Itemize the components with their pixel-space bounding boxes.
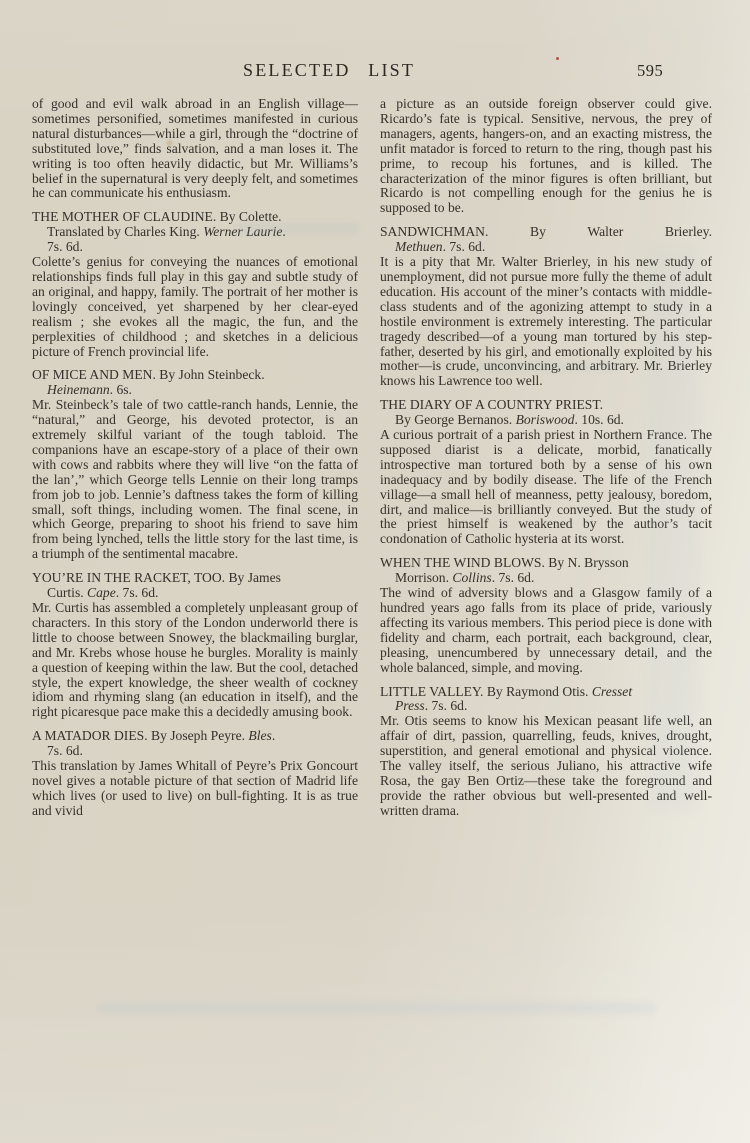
heading-text: Morrison.	[395, 570, 452, 585]
publisher-name: Collins	[452, 570, 491, 585]
entry-heading: WHEN THE WIND BLOWS. By N. BryssonMorris…	[380, 556, 712, 586]
publisher-name: Boriswood	[516, 412, 575, 427]
review-entry: THE DIARY OF A COUNTRY PRIEST.By George …	[380, 398, 712, 547]
review-entry: OF MICE AND MEN. By John Steinbeck.Heine…	[32, 368, 358, 562]
publisher-name: Methuen	[395, 239, 443, 254]
review-entry: A MATADOR DIES. By Joseph Peyre. Bles.7s…	[32, 729, 358, 818]
review-entry: WHEN THE WIND BLOWS. By N. BryssonMorris…	[380, 556, 712, 675]
heading-text: . 7s. 6d.	[116, 585, 159, 600]
entry-heading: LITTLE VALLEY. By Raymond Otis. CressetP…	[380, 685, 712, 715]
publisher-name: Cape	[87, 585, 116, 600]
publisher-name: Werner Laurie	[203, 224, 282, 239]
publisher-name: Heinemann	[47, 382, 110, 397]
entry-heading-line: 7s. 6d.	[32, 744, 358, 759]
heading-text: YOU’RE IN THE RACKET, TOO. By James	[32, 570, 281, 585]
entry-heading-line: YOU’RE IN THE RACKET, TOO. By James	[32, 571, 358, 586]
entry-body: Mr. Otis seems to know his Mexican peasa…	[380, 714, 712, 818]
review-paragraph: of good and evil walk abroad in an Engli…	[32, 97, 358, 201]
entry-body: It is a pity that Mr. Walter Brierley, i…	[380, 255, 712, 389]
heading-text: THE DIARY OF A COUNTRY PRIEST.	[380, 397, 603, 412]
entry-heading-line: THE DIARY OF A COUNTRY PRIEST.	[380, 398, 712, 413]
heading-text: .	[282, 224, 285, 239]
heading-text: A MATADOR DIES. By Joseph Peyre.	[32, 728, 248, 743]
entry-body: The wind of adversity blows and a Glasgo…	[380, 586, 712, 675]
publisher-name: Press	[395, 698, 425, 713]
entry-heading: YOU’RE IN THE RACKET, TOO. By JamesCurti…	[32, 571, 358, 601]
entry-heading-line: Heinemann. 6s.	[32, 383, 358, 398]
publisher-name: Bles	[248, 728, 271, 743]
show-through-smudge	[96, 1002, 656, 1014]
entry-heading-line: LITTLE VALLEY. By Raymond Otis. Cresset	[380, 685, 712, 700]
heading-text: THE MOTHER OF CLAUDINE. By Colette.	[32, 209, 282, 224]
heading-text: . 7s. 6d.	[492, 570, 535, 585]
entry-heading-line: Morrison. Collins. 7s. 6d.	[380, 571, 712, 586]
review-entry: YOU’RE IN THE RACKET, TOO. By JamesCurti…	[32, 571, 358, 720]
review-entry: LITTLE VALLEY. By Raymond Otis. CressetP…	[380, 685, 712, 819]
heading-text: . 6s.	[110, 382, 132, 397]
heading-text: SANDWICHMAN. By Walter Brierley.	[380, 224, 712, 239]
page-number: 595	[637, 61, 663, 81]
red-speck	[556, 57, 559, 60]
entry-heading-line: By George Bernanos. Boriswood. 10s. 6d.	[380, 413, 712, 428]
entry-heading-line: OF MICE AND MEN. By John Steinbeck.	[32, 368, 358, 383]
heading-text: 7s. 6d.	[47, 239, 83, 254]
entry-heading-line: SANDWICHMAN. By Walter Brierley.	[380, 225, 712, 240]
heading-text: . 10s. 6d.	[574, 412, 623, 427]
heading-text: . 7s. 6d.	[425, 698, 468, 713]
right-column: a picture as an outside foreign observer…	[380, 97, 712, 819]
review-entry: SANDWICHMAN. By Walter Brierley.Methuen.…	[380, 225, 712, 389]
heading-text: OF MICE AND MEN. By John Steinbeck.	[32, 367, 265, 382]
entry-heading: THE DIARY OF A COUNTRY PRIEST.By George …	[380, 398, 712, 428]
heading-text: Curtis.	[47, 585, 87, 600]
review-paragraph: a picture as an outside foreign observer…	[380, 97, 712, 216]
heading-text: 7s. 6d.	[47, 743, 83, 758]
entry-heading-line: Press. 7s. 6d.	[380, 699, 712, 714]
entry-heading: A MATADOR DIES. By Joseph Peyre. Bles.7s…	[32, 729, 358, 759]
entry-heading-line: THE MOTHER OF CLAUDINE. By Colette.	[32, 210, 358, 225]
scanned-book-page: SELECTED LIST 595 of good and evil walk …	[0, 0, 750, 1143]
left-column: of good and evil walk abroad in an Engli…	[32, 97, 358, 819]
entry-heading: OF MICE AND MEN. By John Steinbeck.Heine…	[32, 368, 358, 398]
heading-text: .	[272, 728, 275, 743]
entry-heading-line: Methuen. 7s. 6d.	[380, 240, 712, 255]
heading-text: LITTLE VALLEY. By Raymond Otis.	[380, 684, 592, 699]
entry-body: A curious portrait of a parish priest in…	[380, 428, 712, 547]
entry-heading: THE MOTHER OF CLAUDINE. By Colette.Trans…	[32, 210, 358, 255]
heading-text: By George Bernanos.	[395, 412, 516, 427]
entry-body: This translation by James Whitall of Pey…	[32, 759, 358, 819]
heading-text: . 7s. 6d.	[443, 239, 486, 254]
entry-heading-line: WHEN THE WIND BLOWS. By N. Brysson	[380, 556, 712, 571]
entry-heading: SANDWICHMAN. By Walter Brierley.Methuen.…	[380, 225, 712, 255]
entry-body: Mr. Curtis has assembled a completely un…	[32, 601, 358, 720]
heading-text: WHEN THE WIND BLOWS. By N. Brysson	[380, 555, 629, 570]
page-title: SELECTED LIST	[243, 60, 415, 81]
entry-heading-line: 7s. 6d.	[32, 240, 358, 255]
entry-body: Mr. Steinbeck’s tale of two cattle-ranch…	[32, 398, 358, 562]
heading-text: Translated by Charles King.	[47, 224, 203, 239]
entry-heading-line: Curtis. Cape. 7s. 6d.	[32, 586, 358, 601]
review-entry: THE MOTHER OF CLAUDINE. By Colette.Trans…	[32, 210, 358, 359]
entry-heading-line: Translated by Charles King. Werner Lauri…	[32, 225, 358, 240]
entry-heading-line: A MATADOR DIES. By Joseph Peyre. Bles.	[32, 729, 358, 744]
publisher-name: Cresset	[592, 684, 632, 699]
entry-body: Colette’s genius for conveying the nuanc…	[32, 255, 358, 359]
